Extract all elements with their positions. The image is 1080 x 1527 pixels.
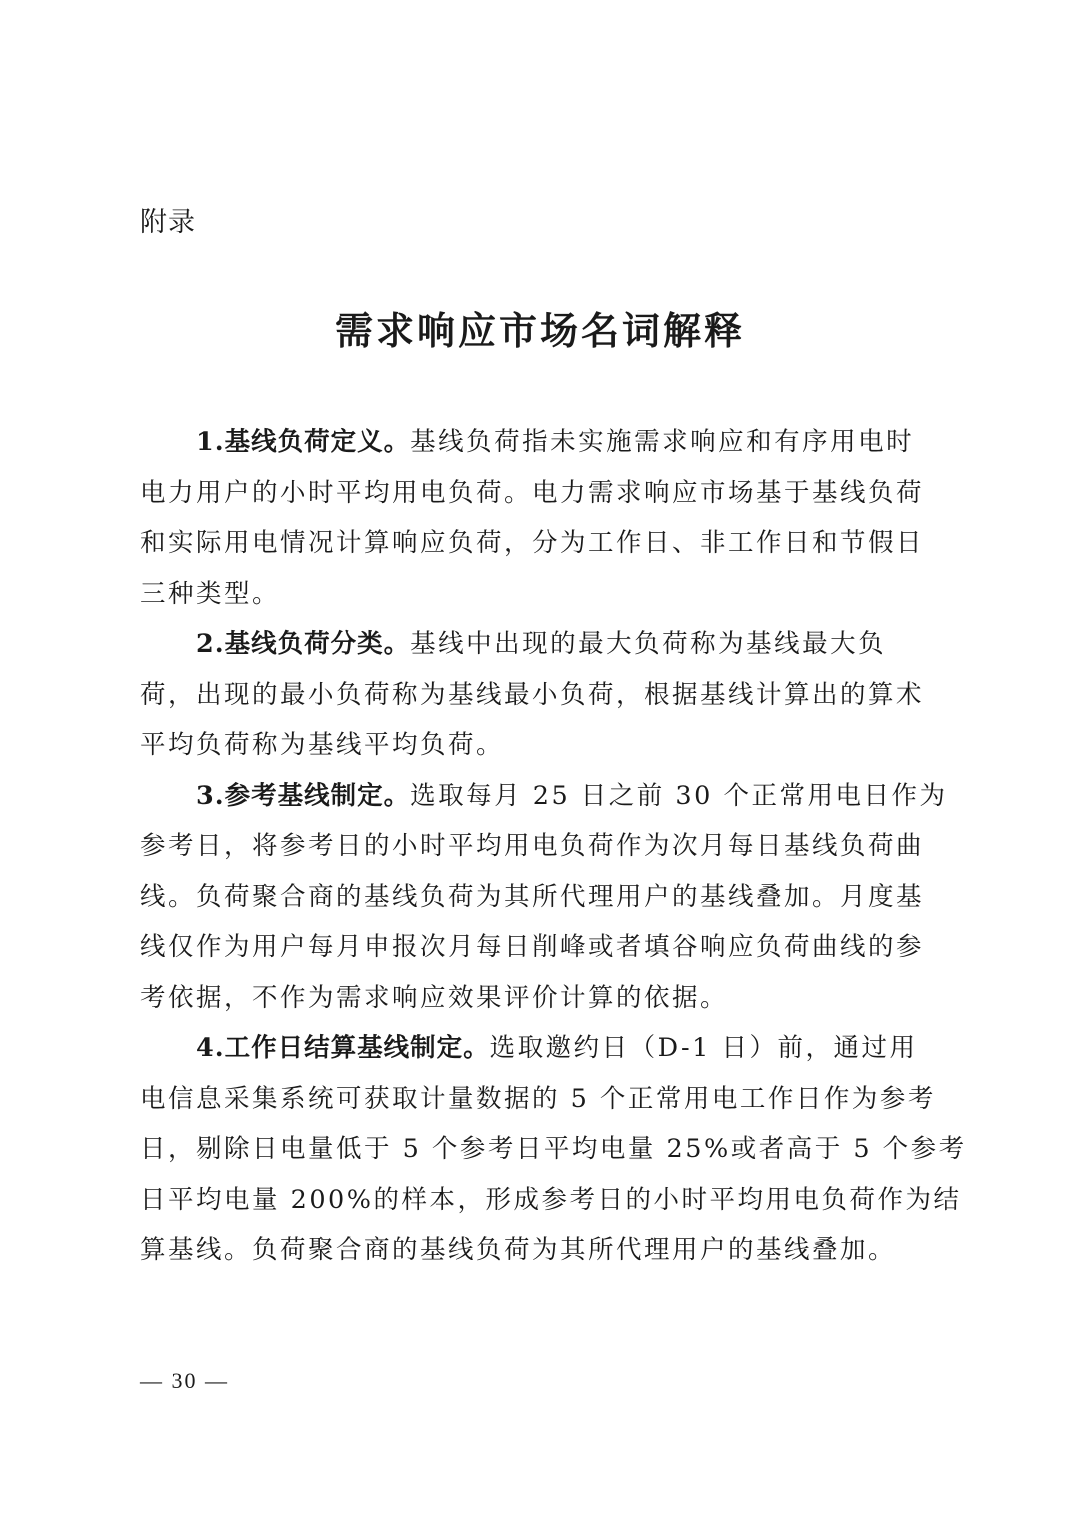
paragraph-line: 算基线。负荷聚合商的基线负荷为其所代理用户的基线叠加。 — [140, 1225, 930, 1276]
page-number: — 30 — — [140, 1368, 229, 1394]
paragraph-line: 平均负荷称为基线平均负荷。 — [140, 720, 930, 771]
section-3-first-line: 3.参考基线制定。选取每月 25 日之前 30 个正常用电日作为 — [140, 771, 930, 822]
paragraph-text: 基线中出现的最大负荷称为基线最大负 — [410, 629, 886, 659]
document-body: 1.基线负荷定义。基线负荷指未实施需求响应和有序用电时 电力用户的小时平均用电负… — [140, 417, 930, 1276]
appendix-label: 附录 — [140, 200, 196, 239]
paragraph-line: 电信息采集系统可获取计量数据的 5 个正常用电工作日作为参考 — [140, 1074, 930, 1125]
paragraph-line: 参考日，将参考日的小时平均用电负荷作为次月每日基线负荷曲 — [140, 821, 930, 872]
paragraph-text: 选取邀约日（D-1 日）前，通过用 — [490, 1033, 918, 1063]
page-title: 需求响应市场名词解释 — [0, 300, 1080, 355]
paragraph-line: 和实际用电情况计算响应负荷，分为工作日、非工作日和节假日 — [140, 518, 930, 569]
paragraph-line: 线仅作为用户每月申报次月每日削峰或者填谷响应负荷曲线的参 — [140, 922, 930, 973]
section-heading: 4.工作日结算基线制定。 — [196, 1033, 490, 1063]
section-heading: 3.参考基线制定。 — [196, 781, 410, 811]
paragraph-line: 荷，出现的最小负荷称为基线最小负荷，根据基线计算出的算术 — [140, 670, 930, 721]
section-2-first-line: 2.基线负荷分类。基线中出现的最大负荷称为基线最大负 — [140, 619, 930, 670]
section-1-first-line: 1.基线负荷定义。基线负荷指未实施需求响应和有序用电时 — [140, 417, 930, 468]
paragraph-line: 三种类型。 — [140, 569, 930, 620]
paragraph-text: 选取每月 25 日之前 30 个正常用电日作为 — [410, 781, 947, 811]
section-4-first-line: 4.工作日结算基线制定。选取邀约日（D-1 日）前，通过用 — [140, 1023, 930, 1074]
section-heading: 2.基线负荷分类。 — [196, 629, 410, 659]
paragraph-line: 日，剔除日电量低于 5 个参考日平均电量 25%或者高于 5 个参考 — [140, 1124, 930, 1175]
paragraph-line: 线。负荷聚合商的基线负荷为其所代理用户的基线叠加。月度基 — [140, 872, 930, 923]
paragraph-text: 基线负荷指未实施需求响应和有序用电时 — [410, 427, 914, 457]
paragraph-line: 电力用户的小时平均用电负荷。电力需求响应市场基于基线负荷 — [140, 468, 930, 519]
paragraph-line: 日平均电量 200%的样本，形成参考日的小时平均用电负荷作为结 — [140, 1175, 930, 1226]
paragraph-line: 考依据，不作为需求响应效果评价计算的依据。 — [140, 973, 930, 1024]
section-heading: 1.基线负荷定义。 — [196, 427, 410, 457]
